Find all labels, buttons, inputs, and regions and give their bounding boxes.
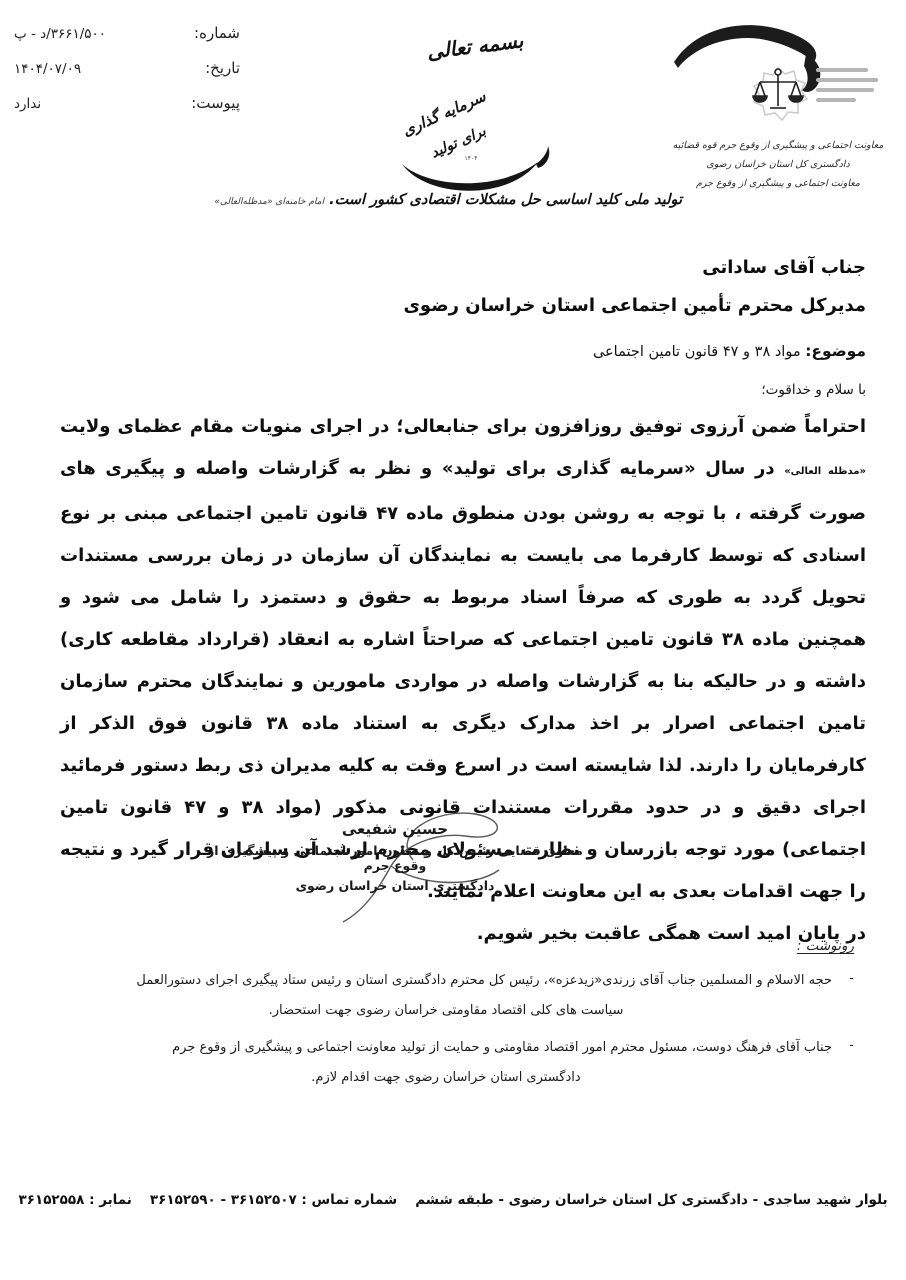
subject-label: موضوع:	[805, 342, 866, 360]
slogan-attribution: امام خامنه‌ای «مدظله‌العالی»	[214, 197, 324, 207]
dash-bullet-icon: -	[832, 971, 854, 1021]
svg-text:برای تولید: برای تولید	[428, 123, 489, 162]
slogan-line: تولید ملی کلید اساسی حل مشکلات اقتصادی ک…	[262, 192, 682, 208]
footer-address: بلوار شهید ساجدی - دادگستری کل استان خرا…	[415, 1192, 887, 1208]
salutation: با سلام و خداقوت؛	[60, 382, 866, 398]
cc-item-text-cont: دادگستری استان خراسان رضوی جهت اقدام لاز…	[60, 1068, 832, 1088]
besmele-calligraphy: بسمه تعالی	[419, 27, 531, 64]
cc-item: - جناب آقای فرهنگ دوست، مسئول محترم امور…	[60, 1038, 854, 1088]
recipient-name: جناب آقای ساداتی	[60, 256, 866, 280]
cc-item: - حجه الاسلام و المسلمین جناب آقای زرندی…	[60, 971, 854, 1021]
signatory-title-1: معاون قضایی رئیس کل و معاون امور اجتماعی…	[205, 843, 585, 873]
org-line-1: معاونت اجتماعی و پیشگیری از وقوع جرم قوه…	[656, 136, 900, 155]
justice-scales-icon	[656, 10, 900, 132]
org-line-2: دادگستری کل استان خراسان رضوی	[656, 155, 900, 174]
subject-value: مواد ۳۸ و ۴۷ قانون تامین اجتماعی	[593, 344, 805, 360]
field-date: تاریخ: ۱۴۰۴/۰۷/۰۹	[14, 59, 240, 77]
number-value: پ - د/۳۶۶۱/۵۰۰	[14, 26, 106, 42]
field-number: شماره: پ - د/۳۶۶۱/۵۰۰	[14, 24, 240, 42]
signatory-title-2: دادگستری استان خراسان رضوی	[205, 878, 585, 893]
addressee-block: جناب آقای ساداتی مدیرکل محترم تأمین اجتم…	[60, 256, 866, 398]
date-value: ۱۴۰۴/۰۷/۰۹	[14, 61, 81, 77]
attachment-value: ندارد	[14, 96, 41, 112]
footer-fax: نمابر : ۳۶۱۵۲۵۵۸	[18, 1192, 131, 1208]
dash-bullet-icon: -	[832, 1038, 854, 1088]
attachment-label: پیوست:	[191, 94, 240, 112]
reference-fields: شماره: پ - د/۳۶۶۱/۵۰۰ تاریخ: ۱۴۰۴/۰۷/۰۹ …	[14, 24, 240, 129]
year-1404-emblem-icon: سرمایه گذاری برای تولید ۱۴۰۴	[388, 80, 558, 192]
slogan-text: تولید ملی کلید اساسی حل مشکلات اقتصادی ک…	[329, 192, 682, 208]
cc-item-text: جناب آقای فرهنگ دوست، مسئول محترم امور ا…	[60, 1038, 832, 1058]
number-label: شماره:	[194, 24, 240, 42]
cc-item-text-cont: سیاست های کلی اقتصاد مقاومتی خراسان رضوی…	[60, 1001, 832, 1021]
honorific-small-text: «مدظله العالی»	[784, 466, 866, 477]
cc-section: رونوشت : - حجه الاسلام و المسلمین جناب آ…	[60, 938, 854, 1088]
field-attachment: پیوست: ندارد	[14, 94, 240, 112]
subject-line: موضوع: مواد ۳۸ و ۴۷ قانون تامین اجتماعی	[60, 342, 866, 360]
cc-item-text: حجه الاسلام و المسلمین جناب آقای زرندی«ز…	[60, 971, 832, 991]
date-label: تاریخ:	[205, 59, 240, 77]
cc-label: رونوشت :	[60, 938, 854, 954]
footer-contact-line: بلوار شهید ساجدی - دادگستری کل استان خرا…	[0, 1192, 906, 1208]
signatory-name: حسین شفیعی	[205, 820, 585, 838]
signature-block: حسین شفیعی معاون قضایی رئیس کل و معاون ا…	[205, 820, 585, 893]
svg-text:۱۴۰۴: ۱۴۰۴	[465, 155, 478, 162]
footer-phone: شماره تماس : ۳۶۱۵۲۵۰۷ - ۳۶۱۵۲۵۹۰	[150, 1192, 397, 1208]
recipient-title: مدیرکل محترم تأمین اجتماعی استان خراسان …	[60, 294, 866, 318]
judiciary-emblem-block: معاونت اجتماعی و پیشگیری از وقوع جرم قوه…	[656, 10, 900, 193]
year-slogan-emphasis: «سرمایه گذاری برای تولید»	[442, 458, 696, 479]
letter-page: شماره: پ - د/۳۶۶۱/۵۰۰ تاریخ: ۱۴۰۴/۰۷/۰۹ …	[0, 0, 906, 1280]
org-line-3: معاونت اجتماعی و پیشگیری از وقوع جرم	[656, 174, 900, 193]
